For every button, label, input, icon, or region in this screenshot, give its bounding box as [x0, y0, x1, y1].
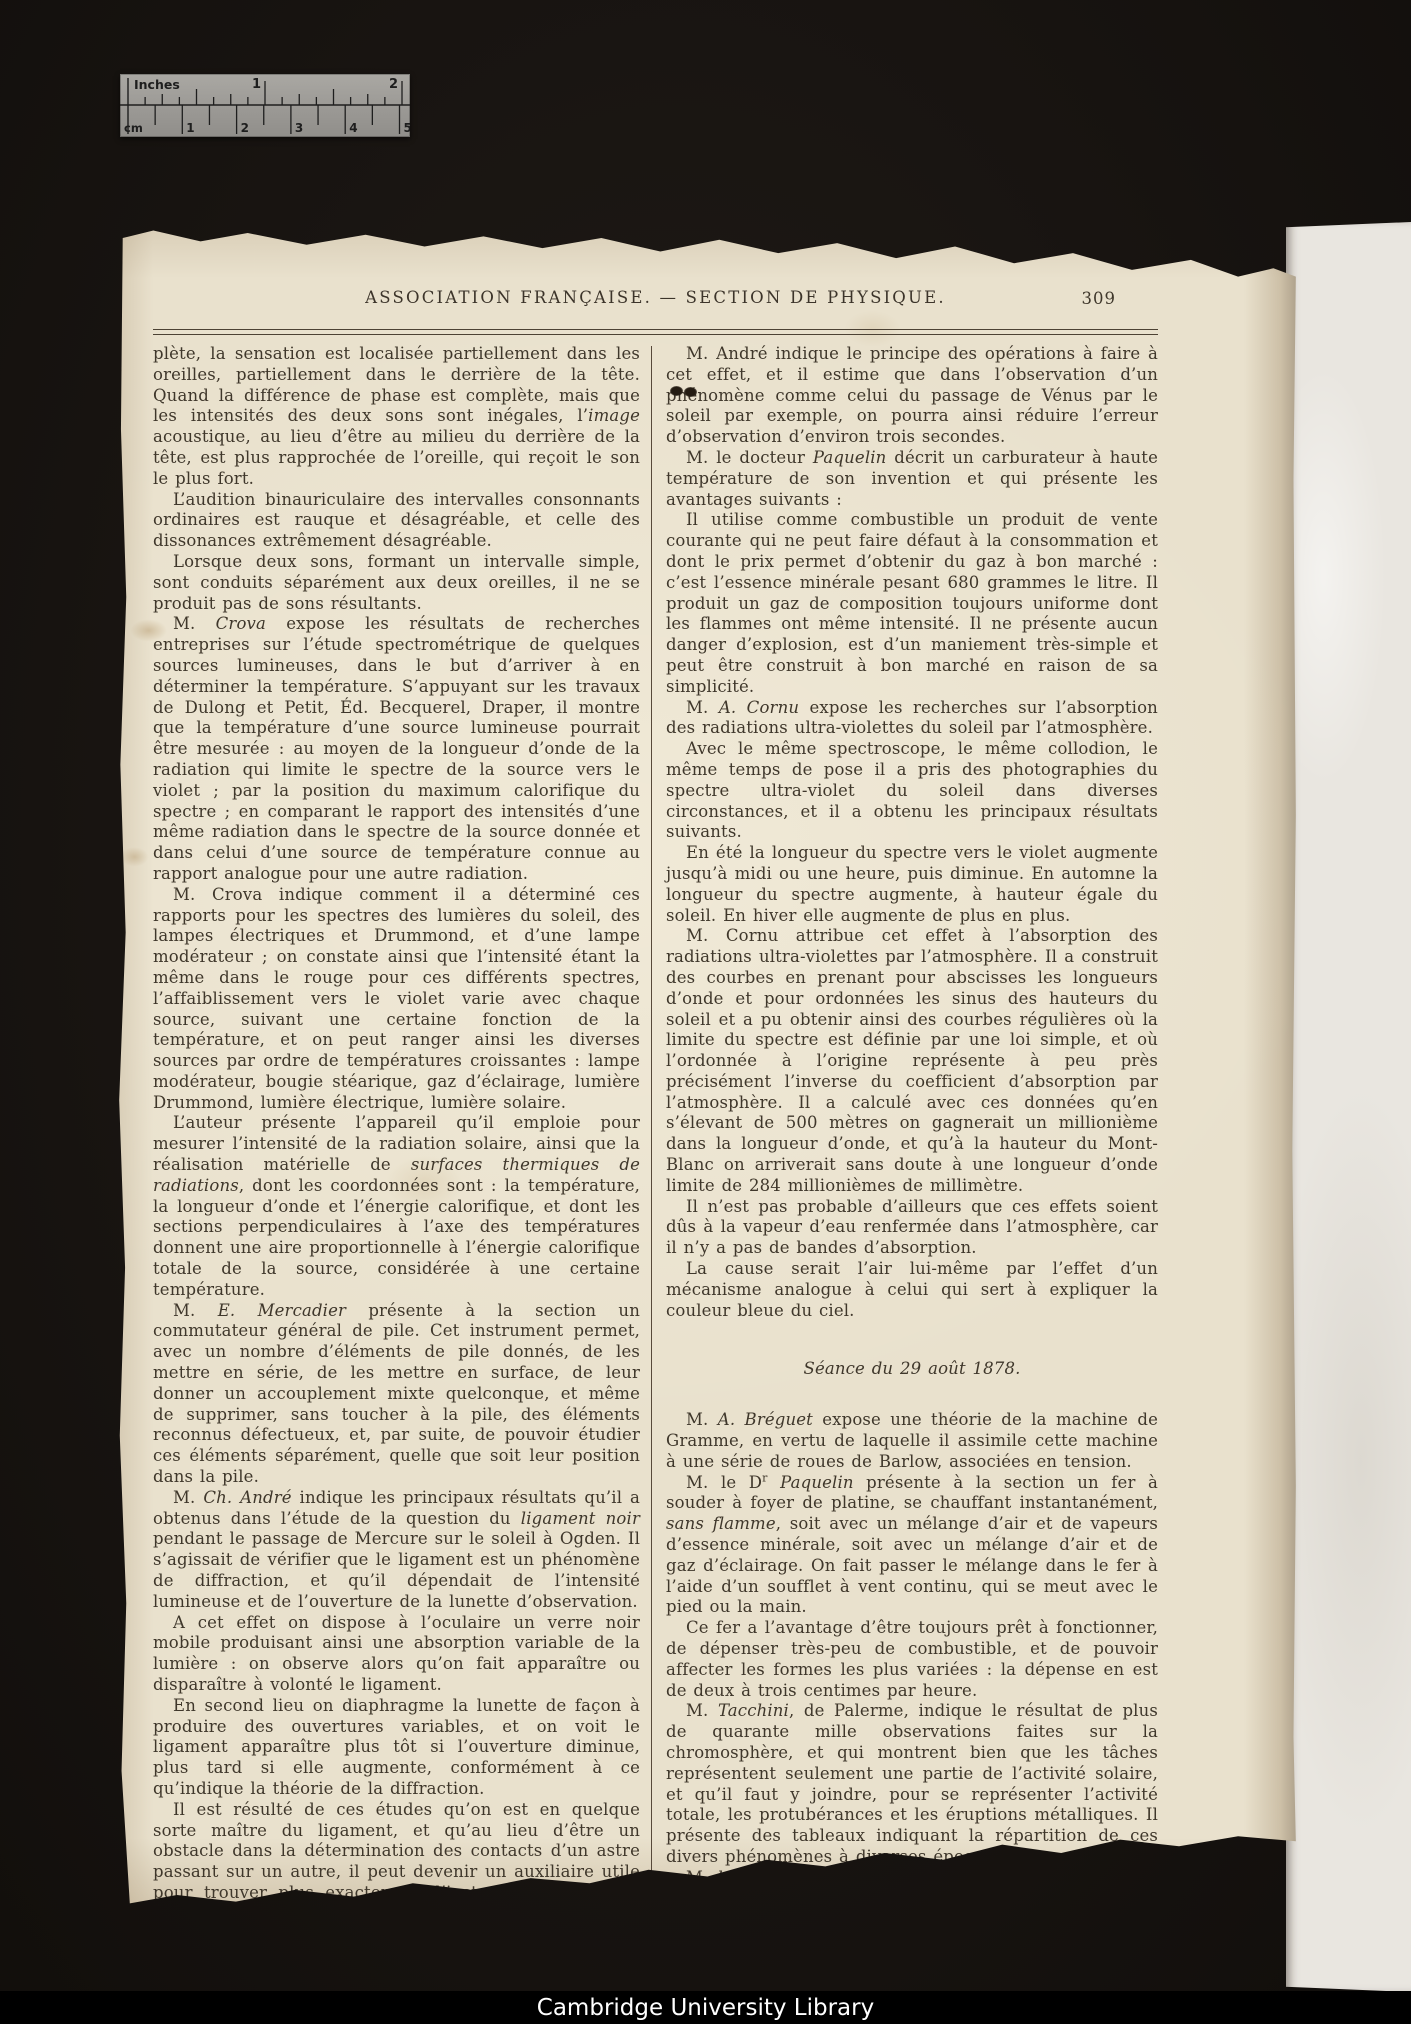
column-divider	[651, 346, 652, 1930]
right-column: M. André indique le principe des opérati…	[666, 344, 1158, 1930]
left-column: plète, la sensation est localisée partie…	[153, 344, 640, 1930]
footer-bar: Cambridge University Library	[0, 1991, 1411, 2024]
paragraph: Avec le même spectroscope, le même collo…	[666, 739, 1158, 843]
svg-text:2: 2	[389, 77, 398, 92]
text-block: ASSOCIATION FRANÇAISE. — SECTION DE PHYS…	[153, 228, 1158, 1930]
paragraph: En été la longueur du spectre vers le vi…	[666, 843, 1158, 926]
paragraph: M. André indique le principe des opérati…	[666, 344, 1158, 448]
seance-heading: Séance du 29 août 1878.	[666, 1359, 1158, 1380]
svg-text:5: 5	[404, 121, 411, 135]
paragraph: Il n’est pas probable d’ailleurs que ces…	[666, 1197, 1158, 1259]
page-header: ASSOCIATION FRANÇAISE. — SECTION DE PHYS…	[153, 288, 1158, 318]
svg-text:3: 3	[295, 121, 303, 135]
scan-background: Inches12cm12345 ASSOCIATION FRANÇAISE. —…	[0, 0, 1411, 2024]
paragraph: En second lieu on diaphragme la lunette …	[153, 1696, 640, 1800]
underlying-page-edge	[1286, 222, 1411, 1992]
paragraph: Lorsque deux sons, formant un intervalle…	[153, 552, 640, 614]
header-rule	[153, 329, 1158, 335]
paragraph: M. A. Cornu expose les recherches sur l’…	[666, 698, 1158, 740]
paragraph: M. le docteur Paquelin décrit un carbura…	[666, 448, 1158, 510]
library-credit: Cambridge University Library	[537, 1995, 874, 2021]
paragraph: M. Ch. André indique les principaux résu…	[153, 1488, 640, 1613]
paragraph: M. le Dr Paquelin présente à la section …	[666, 1473, 1158, 1619]
page-number: 309	[1082, 289, 1117, 308]
paragraph: L’audition binauriculaire des intervalle…	[153, 490, 640, 552]
ink-blot	[684, 387, 697, 397]
paragraph: M. Cornu attribue cet effet à l’absorpti…	[666, 926, 1158, 1196]
running-title: ASSOCIATION FRANÇAISE. — SECTION DE PHYS…	[153, 288, 1158, 307]
paragraph: L’auteur présente l’appareil qu’il emplo…	[153, 1113, 640, 1300]
paragraph: M. Crova expose les résultats de recherc…	[153, 614, 640, 884]
svg-text:1: 1	[252, 77, 261, 92]
paragraph: plète, la sensation est localisée partie…	[153, 344, 640, 490]
ink-blot	[670, 386, 683, 396]
paragraph: A cet effet on dispose à l’oculaire un v…	[153, 1613, 640, 1696]
measurement-ruler: Inches12cm12345	[120, 74, 410, 137]
svg-text:1: 1	[186, 121, 194, 135]
paragraph: M. A. Bréguet expose une théorie de la m…	[666, 1410, 1158, 1472]
columns: plète, la sensation est localisée partie…	[153, 344, 1158, 1930]
paragraph: M. le lieutenant-colonel du génie Mangin…	[666, 1868, 1158, 1930]
paragraph: M. E. Mercadier présente à la section un…	[153, 1301, 640, 1488]
paragraph: M. Crova indique comment il a déterminé …	[153, 885, 640, 1114]
document-page: ASSOCIATION FRANÇAISE. — SECTION DE PHYS…	[118, 228, 1297, 1905]
svg-text:2: 2	[241, 121, 249, 135]
ruler-scale: Inches12cm12345	[120, 74, 410, 137]
paragraph: Il utilise comme combustible un produit …	[666, 510, 1158, 697]
paragraph: Ce fer a l’avantage d’être toujours prêt…	[666, 1618, 1158, 1701]
paragraph: Il est résulté de ces études qu’on est e…	[153, 1800, 640, 1925]
paragraph: La cause serait l’air lui-même par l’eff…	[666, 1259, 1158, 1321]
svg-text:cm: cm	[124, 121, 143, 135]
svg-text:Inches: Inches	[134, 77, 180, 92]
paragraph: M. Tacchini, de Palerme, indique le résu…	[666, 1701, 1158, 1867]
svg-text:4: 4	[349, 121, 357, 135]
